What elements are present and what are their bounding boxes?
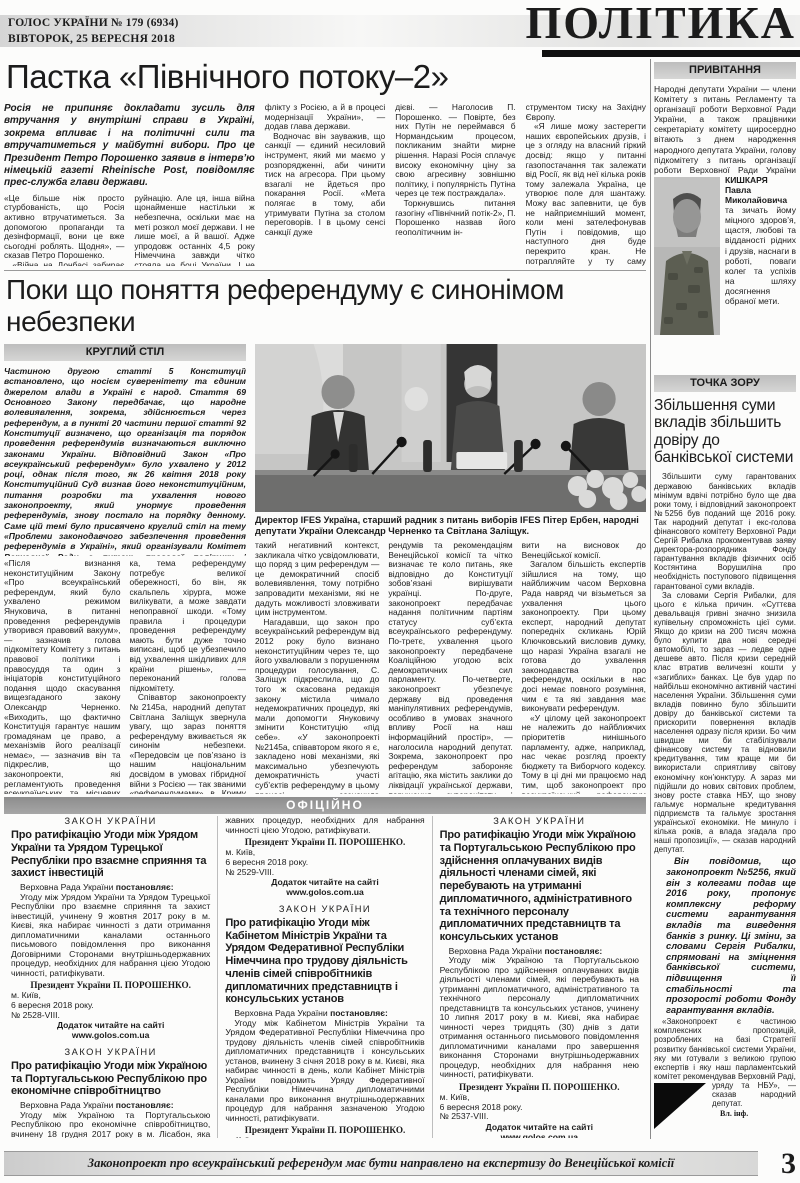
law-meta: м. Київ,6 вересня 2018 року.№ 2529-VIII. bbox=[225, 848, 424, 877]
law-title-turkey: Про ратифікацію Угоди між Урядом України… bbox=[11, 829, 210, 880]
article-nord-stream-lead: Росія не припиняє докладати зусиль для в… bbox=[4, 103, 255, 194]
appendix-note: Додаток читайте на сайті www.golos.com.u… bbox=[225, 878, 424, 898]
sidebar: ПРИВІТАННЯ Народні депутати України — чл… bbox=[654, 57, 796, 1139]
law-label: ЗАКОН УКРАЇНИ bbox=[225, 904, 424, 914]
article-column: ка, тема референдуму потребує великої об… bbox=[130, 559, 247, 794]
opinion-paragraph: За словами Сергія Рибалки, для цього є к… bbox=[654, 591, 796, 855]
law-title-portugal-diplomatic: Про ратифікацію Угоди між Україною та По… bbox=[440, 829, 639, 944]
article-nord-stream: Пастка «Північного потоку–2» Росія не пр… bbox=[4, 57, 646, 269]
law-label: ЗАКОН УКРАЇНИ bbox=[440, 816, 639, 826]
article-nord-stream-headline: Пастка «Північного потоку–2» bbox=[6, 58, 646, 96]
site-link[interactable]: www.golos.com.ua bbox=[72, 1030, 150, 1040]
law-meta: м. Київ,6 вересня 2018 року.№ 2537-VIII. bbox=[440, 1093, 639, 1122]
opinion-paragraph: «Законопроект є частиною комплексних про… bbox=[654, 1017, 796, 1081]
rubric-official: ОФІЦІЙНО bbox=[4, 797, 646, 814]
law-meta: м. Київ,6 вересня 2018 року.№ 2535-VIII. bbox=[225, 1136, 424, 1138]
birthday-person-name: КИШКАРЯ Павла Миколайовича bbox=[725, 175, 787, 205]
article-column: рендумів та рекомендаціям Венеційської к… bbox=[388, 541, 512, 794]
article-column: «Після визнання неконституційним Закону … bbox=[4, 559, 121, 794]
law-column: ЗАКОН УКРАЇНИ Про ратифікацію Угоди між … bbox=[4, 816, 217, 1138]
appendix-note: Додаток читайте на сайті www.golos.com.u… bbox=[440, 1123, 639, 1138]
opinion-headline: Збільшення суми вкладів збільшить довіру… bbox=[654, 397, 796, 466]
official-section: ОФІЦІЙНО ЗАКОН УКРАЇНИ Про ратифікацію У… bbox=[4, 794, 646, 1139]
article-column: такий негативний контекст, закликала чіт… bbox=[255, 541, 379, 794]
article-column: руйнацію. Але ця, інша війна щонайменше … bbox=[134, 194, 254, 266]
roundtable-photo bbox=[255, 344, 646, 512]
rubric-point-of-view: ТОЧКА ЗОРУ bbox=[654, 375, 796, 392]
footer-strapline: Законопроект про всеукраїнський референд… bbox=[4, 1151, 758, 1176]
article-column: флікту з Росією, а й в процесі модерніза… bbox=[265, 103, 385, 266]
article-column: «Це більше ніж просто стурбованість, що … bbox=[4, 194, 124, 266]
greeting-section: ПРИВІТАННЯ Народні депутати України — чл… bbox=[654, 57, 796, 375]
law-title-germany: Про ратифікацію Угоди між Кабінетом Міні… bbox=[225, 917, 424, 1006]
portrait-graphic bbox=[654, 177, 720, 335]
law-body: Угоду між Україною та Португальською Рес… bbox=[11, 1111, 210, 1138]
opinion-section: ТОЧКА ЗОРУ Збільшення суми вкладів збіль… bbox=[654, 375, 796, 1118]
president-signature: Президент України П. ПОРОШЕНКО. bbox=[225, 1125, 424, 1135]
law-meta: м. Київ,6 вересня 2018 року.№ 2528-VIII. bbox=[11, 991, 210, 1020]
law-label: ЗАКОН УКРАЇНИ bbox=[11, 816, 210, 826]
opinion-paragraph: Збільшити суму гарантованих державою бан… bbox=[654, 472, 796, 590]
page-footer: Законопроект про всеукраїнський референд… bbox=[4, 1151, 796, 1177]
issue-date: ВІВТОРОК, 25 ВЕРЕСНЯ 2018 bbox=[8, 32, 179, 48]
article-referendum: Поки що поняття референдуму є синонімом … bbox=[4, 274, 646, 794]
masthead: ГОЛОС УКРАЇНИ № 179 (6934) ВІВТОРОК, 25 … bbox=[0, 0, 800, 57]
appendix-note: Додаток читайте на сайті www.golos.com.u… bbox=[11, 1021, 210, 1041]
law-column: жавних процедур, необхідних для набрання… bbox=[217, 816, 431, 1138]
site-link[interactable]: www.golos.com.ua bbox=[286, 887, 364, 897]
site-link[interactable]: www.golos.com.ua bbox=[501, 1132, 579, 1138]
rubric-greeting: ПРИВІТАННЯ bbox=[654, 62, 796, 79]
law-title-portugal-economy: Про ратифікацію Угоди між Україною та По… bbox=[11, 1060, 210, 1098]
section-divider bbox=[4, 270, 646, 271]
section-title: ПОЛІТИКА bbox=[526, 0, 796, 49]
opinion-signature: Вл. інф. bbox=[654, 1109, 796, 1118]
rubric-round-table: КРУГЛИЙ СТІЛ bbox=[4, 344, 246, 361]
article-referendum-lead: Частиною другою статті 5 Конституції вст… bbox=[4, 366, 246, 556]
roundtable-photo-graphic bbox=[255, 344, 646, 512]
issue-info: ГОЛОС УКРАЇНИ № 179 (6934) ВІВТОРОК, 25 … bbox=[8, 16, 179, 47]
page-number: 3 bbox=[766, 1151, 796, 1177]
article-column-text: вити на висновок до Венеційської комісії… bbox=[522, 541, 646, 794]
president-signature: Президент України П. ПОРОШЕНКО. bbox=[225, 837, 424, 847]
issue-number: ГОЛОС УКРАЇНИ № 179 (6934) bbox=[8, 16, 179, 32]
newspaper-page: ГОЛОС УКРАЇНИ № 179 (6934) ВІВТОРОК, 25 … bbox=[0, 0, 800, 1183]
law-label: ЗАКОН УКРАЇНИ bbox=[11, 1047, 210, 1057]
law-body-continued: жавних процедур, необхідних для набрання… bbox=[225, 816, 424, 835]
president-signature: Президент України П. ПОРОШЕНКО. bbox=[440, 1082, 639, 1092]
article-column: дієві. — Наголосив П. Порошенко. — Повір… bbox=[395, 103, 515, 266]
president-signature: Президент України П. ПОРОШЕНКО. bbox=[11, 980, 210, 990]
opinion-bold-paragraph: Він повідомив, що законопроект №5256, як… bbox=[654, 856, 796, 1015]
article-column: вити на висновок до Венеційської комісії… bbox=[522, 541, 646, 794]
birthday-portrait-photo bbox=[654, 177, 720, 335]
sidebar-divider bbox=[650, 59, 651, 1139]
law-body: Угоду між Кабінетом Міністрів України та… bbox=[225, 1019, 424, 1124]
law-body: Угоду між Урядом України та Урядом Турец… bbox=[11, 893, 210, 979]
article-referendum-headline: Поки що поняття референдуму є синонімом … bbox=[6, 274, 646, 338]
photo-caption: Директор IFES Україна, старший радник з … bbox=[255, 515, 646, 537]
law-body: Угоду між Україною та Португальською Рес… bbox=[440, 956, 639, 1080]
greeting-text: Народні депутати України — члени Комітет… bbox=[654, 84, 796, 306]
article-column: струментом тиску на Західну Європу. «Я л… bbox=[526, 103, 646, 266]
section-title-underline bbox=[542, 50, 800, 57]
law-column: ЗАКОН УКРАЇНИ Про ратифікацію Угоди між … bbox=[432, 816, 646, 1138]
